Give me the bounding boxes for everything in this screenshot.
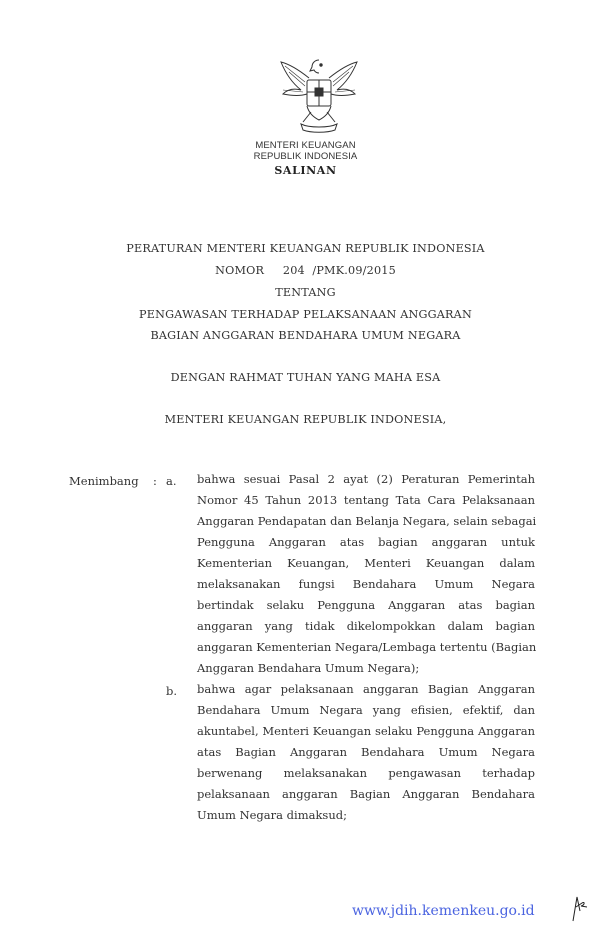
- item-a-marker: a.: [166, 474, 177, 488]
- text-line: bahwa sesuai Pasal 2 ayat (2) Peraturan …: [197, 469, 535, 490]
- considerations-label: Menimbang: [69, 474, 139, 488]
- text-line: pelaksanaan anggaran Bagian Anggaran Ben…: [197, 784, 535, 805]
- text-line: Anggaran Bendahara Umum Negara);: [197, 658, 535, 679]
- text-line: Pengguna Anggaran atas bagian anggaran u…: [197, 532, 535, 553]
- tentang-heading: TENTANG: [0, 286, 611, 299]
- nomor-value: 204 /PMK.09/2015: [283, 264, 396, 277]
- regulation-number: NOMOR 204 /PMK.09/2015: [0, 264, 611, 277]
- text-line: Nomor 45 Tahun 2013 tentang Tata Cara Pe…: [197, 490, 535, 511]
- item-b-marker: b.: [166, 684, 177, 698]
- institution-name-line2: REPUBLIK INDONESIA: [0, 151, 611, 162]
- salinan-stamp: SALINAN: [0, 164, 611, 177]
- consideration-a-text: bahwa sesuai Pasal 2 ayat (2) Peraturan …: [197, 469, 535, 679]
- text-line: Kementerian Keuangan, Menteri Keuangan d…: [197, 553, 535, 574]
- regulation-title: PERATURAN MENTERI KEUANGAN REPUBLIK INDO…: [0, 242, 611, 255]
- invocation: DENGAN RAHMAT TUHAN YANG MAHA ESA: [0, 371, 611, 384]
- text-line: akuntabel, Menteri Keuangan selaku Pengg…: [197, 721, 535, 742]
- text-line: anggaran Kementerian Negara/Lembaga tert…: [197, 637, 535, 658]
- text-line: berwenang melaksanakan pengawasan terhad…: [197, 763, 535, 784]
- institution-name-line1: MENTERI KEUANGAN: [0, 140, 611, 151]
- considerations-colon: :: [153, 474, 157, 488]
- text-line: atas Bagian Anggaran Bendahara Umum Nega…: [197, 742, 535, 763]
- subject-line1: PENGAWASAN TERHADAP PELAKSANAAN ANGGARAN: [0, 308, 611, 321]
- text-line: Anggaran Pendapatan dan Belanja Negara, …: [197, 511, 535, 532]
- text-line: melaksanakan fungsi Bendahara Umum Negar…: [197, 574, 535, 595]
- issuer: MENTERI KEUANGAN REPUBLIK INDONESIA,: [0, 413, 611, 426]
- text-line: Bendahara Umum Negara yang efisien, efek…: [197, 700, 535, 721]
- text-line: anggaran yang tidak dikelompokkan dalam …: [197, 616, 535, 637]
- nomor-label: NOMOR: [215, 264, 264, 277]
- garuda-emblem-icon: [279, 50, 359, 136]
- consideration-b-text: bahwa agar pelaksanaan anggaran Bagian A…: [197, 679, 535, 826]
- jdih-website-link[interactable]: www.jdih.kemenkeu.go.id: [352, 903, 535, 919]
- text-line: bertindak selaku Pengguna Anggaran atas …: [197, 595, 535, 616]
- text-line: bahwa agar pelaksanaan anggaran Bagian A…: [197, 679, 535, 700]
- text-line: Umum Negara dimaksud;: [197, 805, 535, 826]
- initial-signature-icon: [567, 893, 591, 923]
- subject-line2: BAGIAN ANGGARAN BENDAHARA UMUM NEGARA: [0, 329, 611, 342]
